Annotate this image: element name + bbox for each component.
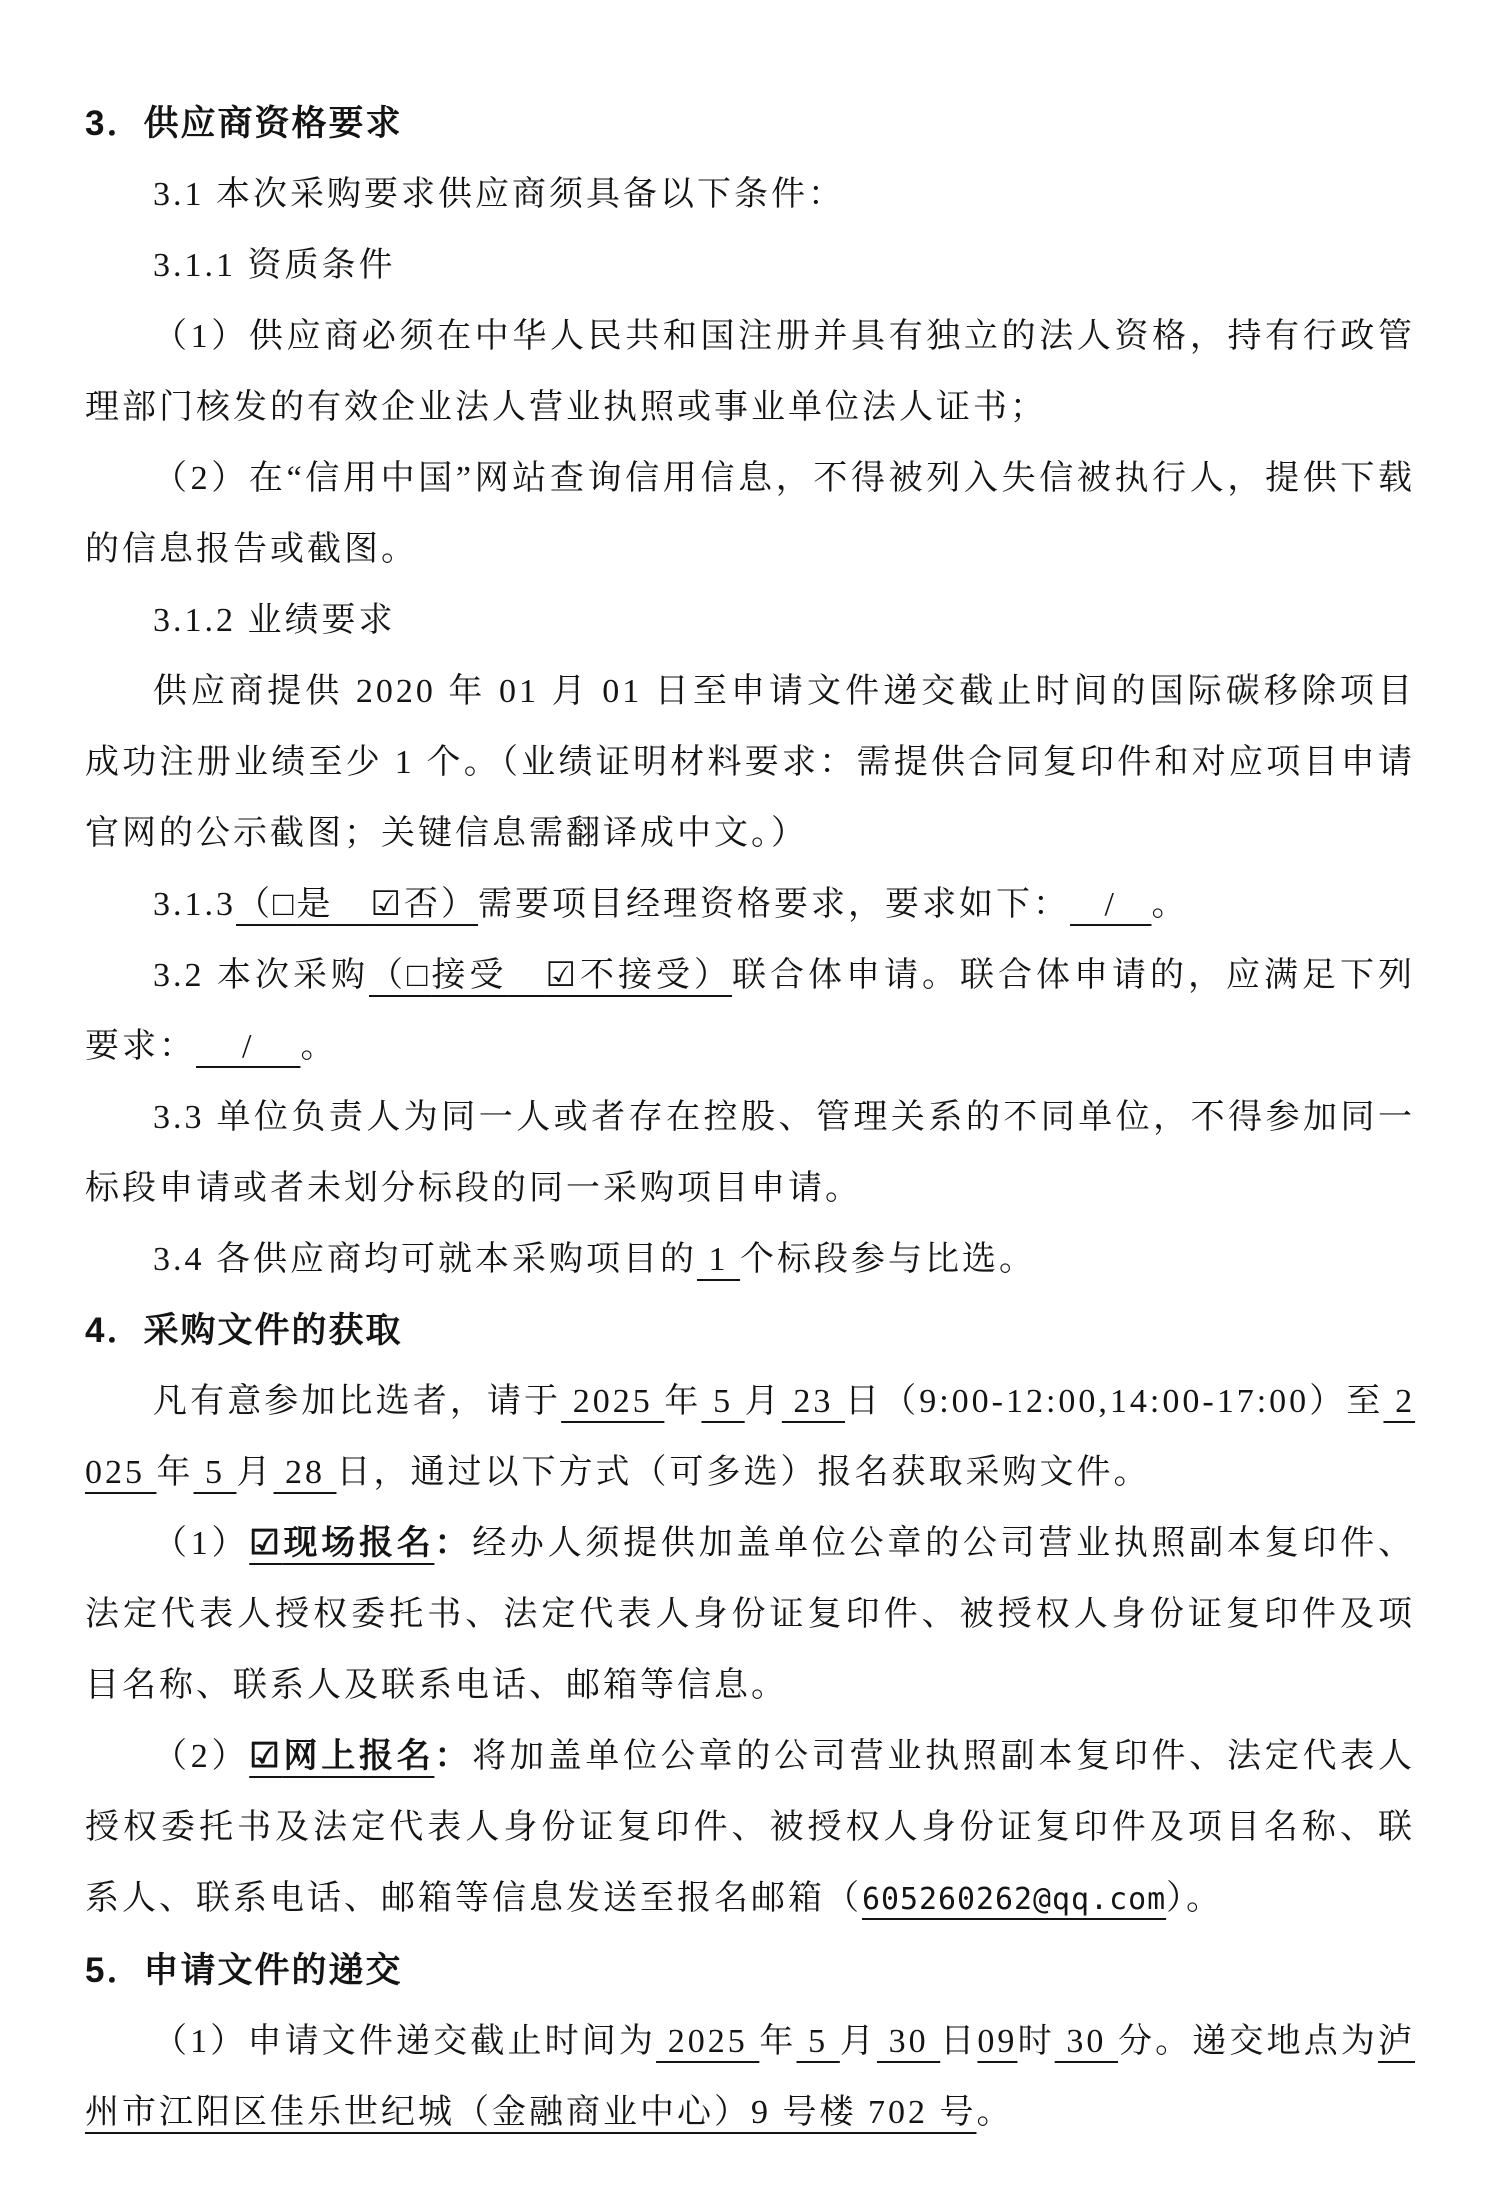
onsite-registration-label: 现场报名 [283, 1525, 435, 1562]
checkbox-unchecked-icon: □ [273, 886, 297, 923]
text-run: 日 [940, 2023, 977, 2060]
text-run: 3.1 本次采购要求供应商须具备以下条件： [153, 176, 845, 213]
blank-underline: / [196, 1028, 300, 1065]
text-run: 。 [977, 2094, 1014, 2131]
text-run: ）。 [1166, 1880, 1223, 1917]
text-run: ： [434, 1738, 472, 1775]
text-run: 不接受） [579, 957, 732, 994]
text-run: 3.1.1 资质条件 [153, 247, 396, 284]
online-registration-label: 网上报名 [283, 1738, 435, 1775]
text-run: 月 [237, 1454, 274, 1491]
text-run: 是 [297, 886, 334, 923]
checkbox-unchecked-icon: □ [407, 957, 432, 994]
text-run: 否） [404, 886, 478, 923]
text-run: ： [434, 1525, 472, 1562]
checkbox-checked-icon: ☑︎ [371, 886, 404, 923]
text-run: （1）申请文件递交截止时间为 [153, 2023, 656, 2060]
checkbox-checked-icon: ☑︎ [249, 1738, 282, 1775]
deadline-month-value: 5 [797, 2023, 840, 2060]
para-3-1-3: 3.1.3（□是 ☑︎否）需要项目经理资格要求，要求如下： / 。 [85, 869, 1415, 940]
text-run: 年 [157, 1454, 194, 1491]
text-run: 月 [745, 1383, 782, 1420]
text-run: 3.3 单位负责人为同一人或者存在控股、管理关系的不同单位，不得参加同一标段申请… [85, 1099, 1415, 1207]
para-4-item-2-online: （2）☑︎网上报名：将加盖单位公章的公司营业执照副本复印件、法定代表人授权委托书… [85, 1721, 1415, 1935]
obtain-start-year-value: 2025 [561, 1383, 664, 1420]
text-run: （1） [153, 1525, 249, 1562]
deadline-hour-value: 09 [977, 2023, 1017, 2060]
para-3-1: 3.1 本次采购要求供应商须具备以下条件： [85, 159, 1415, 230]
checkbox-checked-icon: ☑︎ [249, 1525, 282, 1562]
text-run: 4．采购文件的获取 [85, 1311, 402, 1350]
para-3-3: 3.3 单位负责人为同一人或者存在控股、管理关系的不同单位，不得参加同一标段申请… [85, 1082, 1415, 1224]
text-run: （2）在“信用中国”网站查询信用信息，不得被列入失信被执行人，提供下载的信息报告… [85, 460, 1415, 568]
document-body: 3．供应商资格要求3.1 本次采购要求供应商须具备以下条件：3.1.1 资质条件… [85, 88, 1415, 2148]
para-3-1-2: 3.1.2 业绩要求 [85, 585, 1415, 656]
text-run: 年 [664, 1383, 701, 1420]
registration-email-value: 605260262@qq.com [862, 1882, 1166, 1917]
deadline-day-value: 30 [877, 2023, 940, 2060]
section-4-heading: 4．采购文件的获取 [85, 1295, 1415, 1366]
text-run: 5．申请文件的递交 [85, 1951, 402, 1990]
document-page: 3．供应商资格要求3.1 本次采购要求供应商须具备以下条件：3.1.1 资质条件… [0, 0, 1500, 2196]
obtain-end-day-value: 28 [274, 1454, 337, 1491]
text-run: 3.2 本次采购 [153, 957, 369, 994]
text-run: 年 [759, 2023, 796, 2060]
text-run: 个标段参与比选。 [740, 1241, 1036, 1278]
text-run: 日，通过以下方式（可多选）报名获取采购文件。 [337, 1454, 1151, 1491]
lot-count-value: 1 [697, 1241, 740, 1278]
text-run: 时 [1017, 2023, 1054, 2060]
blank-underline: / [1070, 886, 1151, 923]
text-run: （ [369, 957, 407, 994]
para-4-item-1-onsite: （1）☑︎现场报名：经办人须提供加盖单位公章的公司营业执照副本复印件、法定代表人… [85, 1508, 1415, 1721]
text-run [508, 957, 546, 994]
obtain-start-day-value: 23 [782, 1383, 845, 1420]
text-run: 月 [840, 2023, 877, 2060]
text-run: 分。递交地点为 [1118, 2023, 1378, 2060]
text-run: 需要项目经理资格要求，要求如下： [478, 886, 1070, 923]
text-run: 3.4 各供应商均可就本采购项目的 [153, 1241, 697, 1278]
para-3-2: 3.2 本次采购（□接受 ☑︎不接受）联合体申请。联合体申请的，应满足下列要求：… [85, 940, 1415, 1082]
para-3-1-1: 3.1.1 资质条件 [85, 230, 1415, 301]
para-3-4: 3.4 各供应商均可就本采购项目的 1 个标段参与比选。 [85, 1224, 1415, 1295]
section-3-heading: 3．供应商资格要求 [85, 88, 1415, 159]
para-3-1-1-item-1: （1）供应商必须在中华人民共和国注册并具有独立的法人资格，持有行政管理部门核发的… [85, 301, 1415, 443]
text-run: 3.1.2 业绩要求 [153, 602, 396, 639]
text-run: 日（9:00-12:00,14:00-17:00）至 [845, 1383, 1383, 1420]
text-run: 接受 [432, 957, 508, 994]
text-run: 凡有意参加比选者，请于 [153, 1383, 561, 1420]
deadline-year-value: 2025 [656, 2023, 759, 2060]
obtain-end-month-value: 5 [194, 1454, 237, 1491]
text-run: 。 [1151, 886, 1188, 923]
text-run [334, 886, 371, 923]
para-3-1-1-item-2: （2）在“信用中国”网站查询信用信息，不得被列入失信被执行人，提供下载的信息报告… [85, 443, 1415, 585]
text-run: 。 [300, 1028, 337, 1065]
section-5-heading: 5．申请文件的递交 [85, 1935, 1415, 2006]
deadline-minute-value: 30 [1055, 2023, 1118, 2060]
text-run: （1）供应商必须在中华人民共和国注册并具有独立的法人资格，持有行政管理部门核发的… [85, 318, 1415, 426]
text-run: 3.1.3 [153, 886, 236, 923]
para-5-item-1: （1）申请文件递交截止时间为 2025 年 5 月 30 日09时 30 分。递… [85, 2006, 1415, 2148]
checkbox-checked-icon: ☑︎ [546, 957, 579, 994]
para-3-1-2-body: 供应商提供 2020 年 01 月 01 日至申请文件递交截止时间的国际碳移除项… [85, 656, 1415, 869]
text-run: 3．供应商资格要求 [85, 104, 402, 143]
obtain-start-month-value: 5 [701, 1383, 744, 1420]
para-4-intro: 凡有意参加比选者，请于 2025 年 5 月 23 日（9:00-12:00,1… [85, 1366, 1415, 1508]
text-run: 供应商提供 2020 年 01 月 01 日至申请文件递交截止时间的国际碳移除项… [85, 673, 1415, 852]
text-run: （2） [153, 1738, 249, 1775]
text-run: （ [236, 886, 273, 923]
